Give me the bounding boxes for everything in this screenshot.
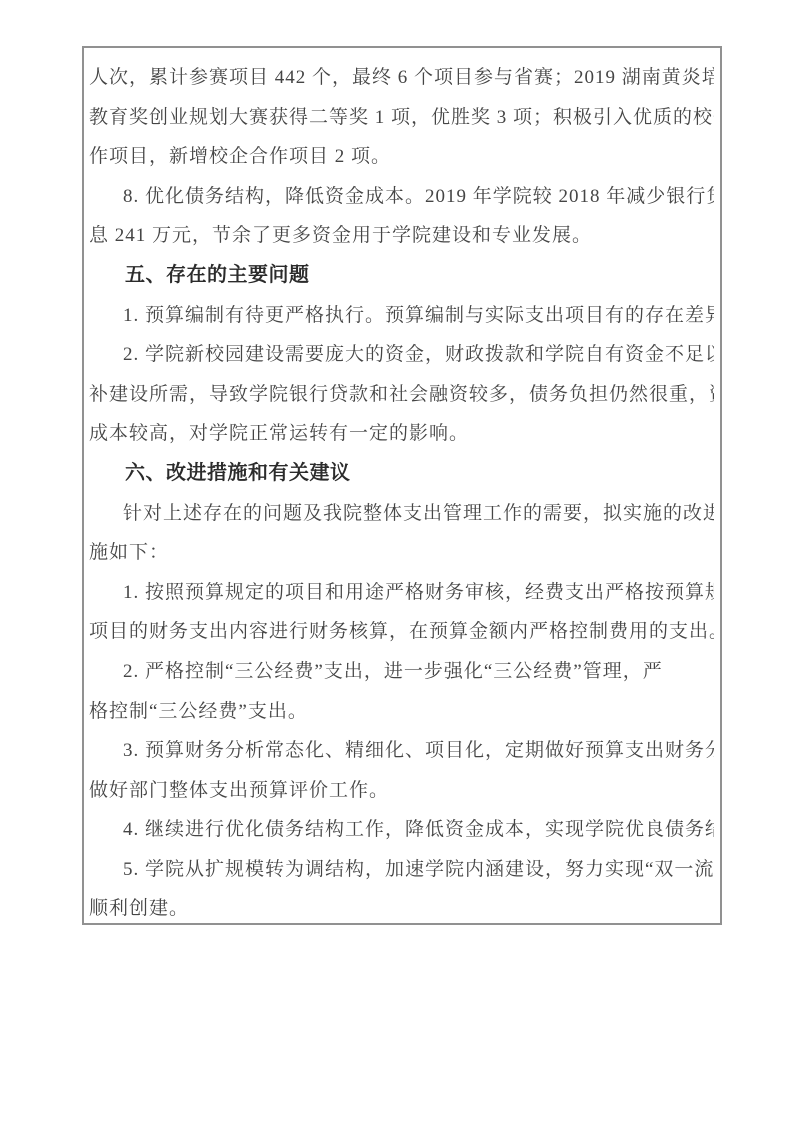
text-line: 顺利创建。 [89, 889, 714, 925]
text-line: 1. 预算编制有待更严格执行。预算编制与实际支出项目有的存在差异。 [89, 296, 714, 336]
text-line: 4. 继续进行优化债务结构工作，降低资金成本，实现学院优良债务结构。 [89, 810, 714, 850]
text-line: 补建设所需，导致学院银行贷款和社会融资较多，债务负担仍然很重，资金 [89, 375, 714, 415]
document-body: 人次，累计参赛项目 442 个，最终 6 个项目参与省赛；2019 湖南黄炎培职… [89, 58, 714, 925]
text-line: 成本较高，对学院正常运转有一定的影响。 [89, 414, 714, 454]
text-line: 作项目，新增校企合作项目 2 项。 [89, 137, 714, 177]
text-line: 教育奖创业规划大赛获得二等奖 1 项，优胜奖 3 项；积极引入优质的校企合 [89, 98, 714, 138]
section-heading: 五、存在的主要问题 [89, 256, 714, 296]
text-line: 8. 优化债务结构，降低资金成本。2019 年学院较 2018 年减少银行贷款利 [89, 177, 714, 217]
document-page: 人次，累计参赛项目 442 个，最终 6 个项目参与省赛；2019 湖南黄炎培职… [0, 0, 800, 1132]
text-line: 人次，累计参赛项目 442 个，最终 6 个项目参与省赛；2019 湖南黄炎培职… [89, 58, 714, 98]
text-line: 2. 严格控制“三公经费”支出，进一步强化“三公经费”管理，严 [89, 652, 714, 692]
text-line: 做好部门整体支出预算评价工作。 [89, 771, 714, 811]
text-line: 项目的财务支出内容进行财务核算，在预算金额内严格控制费用的支出。 [89, 612, 714, 652]
text-line: 施如下： [89, 533, 714, 573]
section-heading: 六、改进措施和有关建议 [89, 454, 714, 494]
text-line: 3. 预算财务分析常态化、精细化、项目化，定期做好预算支出财务分析， [89, 731, 714, 771]
text-line: 2. 学院新校园建设需要庞大的资金，财政拨款和学院自有资金不足以弥 [89, 335, 714, 375]
text-line: 1. 按照预算规定的项目和用途严格财务审核，经费支出严格按预算规定 [89, 573, 714, 613]
text-line: 格控制“三公经费”支出。 [89, 692, 714, 732]
text-line: 息 241 万元，节余了更多资金用于学院建设和专业发展。 [89, 216, 714, 256]
text-line: 针对上述存在的问题及我院整体支出管理工作的需要，拟实施的改进措 [89, 494, 714, 534]
text-line: 5. 学院从扩规模转为调结构，加速学院内涵建设，努力实现“双一流” [89, 850, 714, 890]
document-border-box: 人次，累计参赛项目 442 个，最终 6 个项目参与省赛；2019 湖南黄炎培职… [82, 46, 722, 925]
